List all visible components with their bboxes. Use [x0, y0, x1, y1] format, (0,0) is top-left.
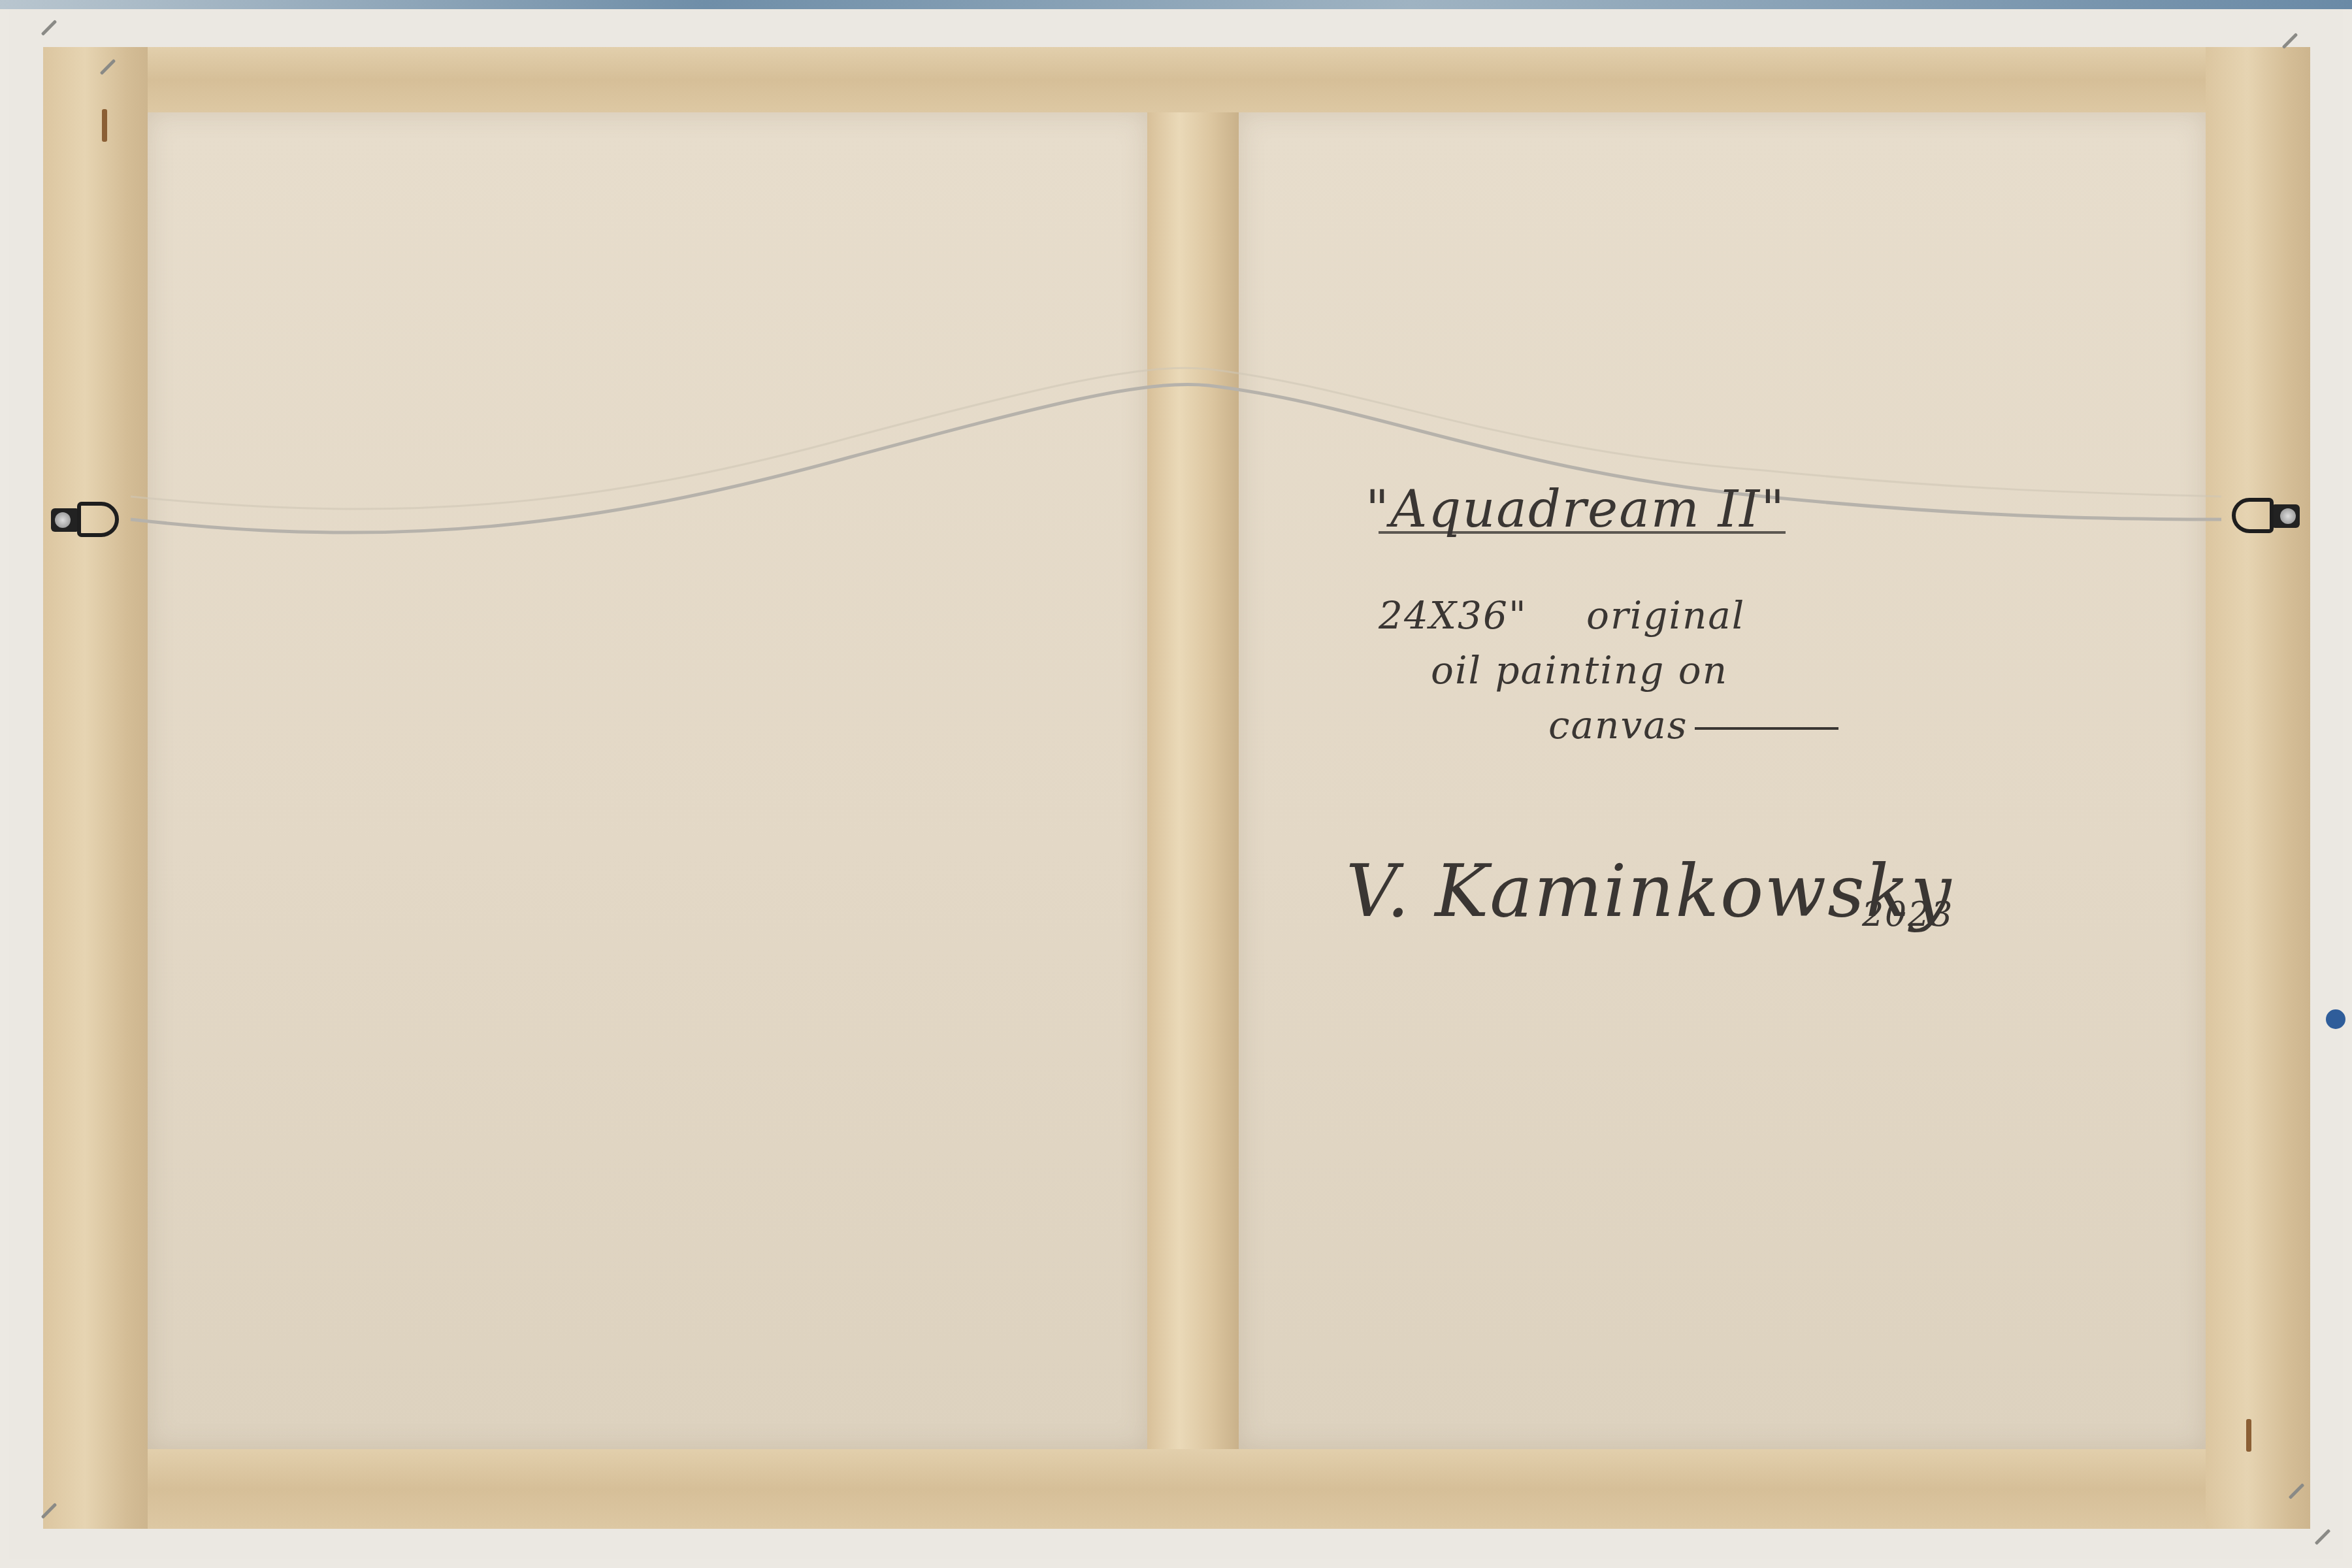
artwork-title: "Aquadream II": [1365, 480, 1786, 539]
canvas-back-photo: "Aquadream II" 24X36" original oil paint…: [0, 0, 2352, 1568]
artwork-medium-line3: canvas: [1379, 698, 1967, 753]
corner-key-slot: [102, 109, 107, 142]
stretcher-bar-left: [43, 47, 148, 1529]
stretcher-frame: [43, 47, 2310, 1529]
stretcher-bar-right: [2206, 47, 2310, 1529]
stretcher-bar-bottom: [43, 1449, 2310, 1529]
stretcher-bar-top: [43, 47, 2310, 112]
artwork-year: 2023: [1862, 895, 1953, 934]
painted-front-edge: [0, 0, 2352, 9]
stretcher-center-brace: [1147, 112, 1239, 1449]
right-d-ring-hanger-icon: [2221, 497, 2300, 536]
canvas-panel-right: [1239, 112, 2206, 1449]
artwork-medium-line1: original: [1586, 593, 1745, 638]
paint-spot: [2326, 1009, 2345, 1029]
corner-key-slot: [2246, 1419, 2251, 1452]
canvas-panel-left: [148, 112, 1147, 1449]
left-d-ring-hanger-icon: [51, 500, 129, 540]
artwork-medium-line2: oil painting on: [1379, 643, 1967, 698]
canvas-wrap-border: [9, 9, 2343, 1559]
artwork-details: 24X36" original oil painting on canvas: [1379, 588, 1967, 753]
artwork-dimensions: 24X36": [1379, 593, 1527, 638]
